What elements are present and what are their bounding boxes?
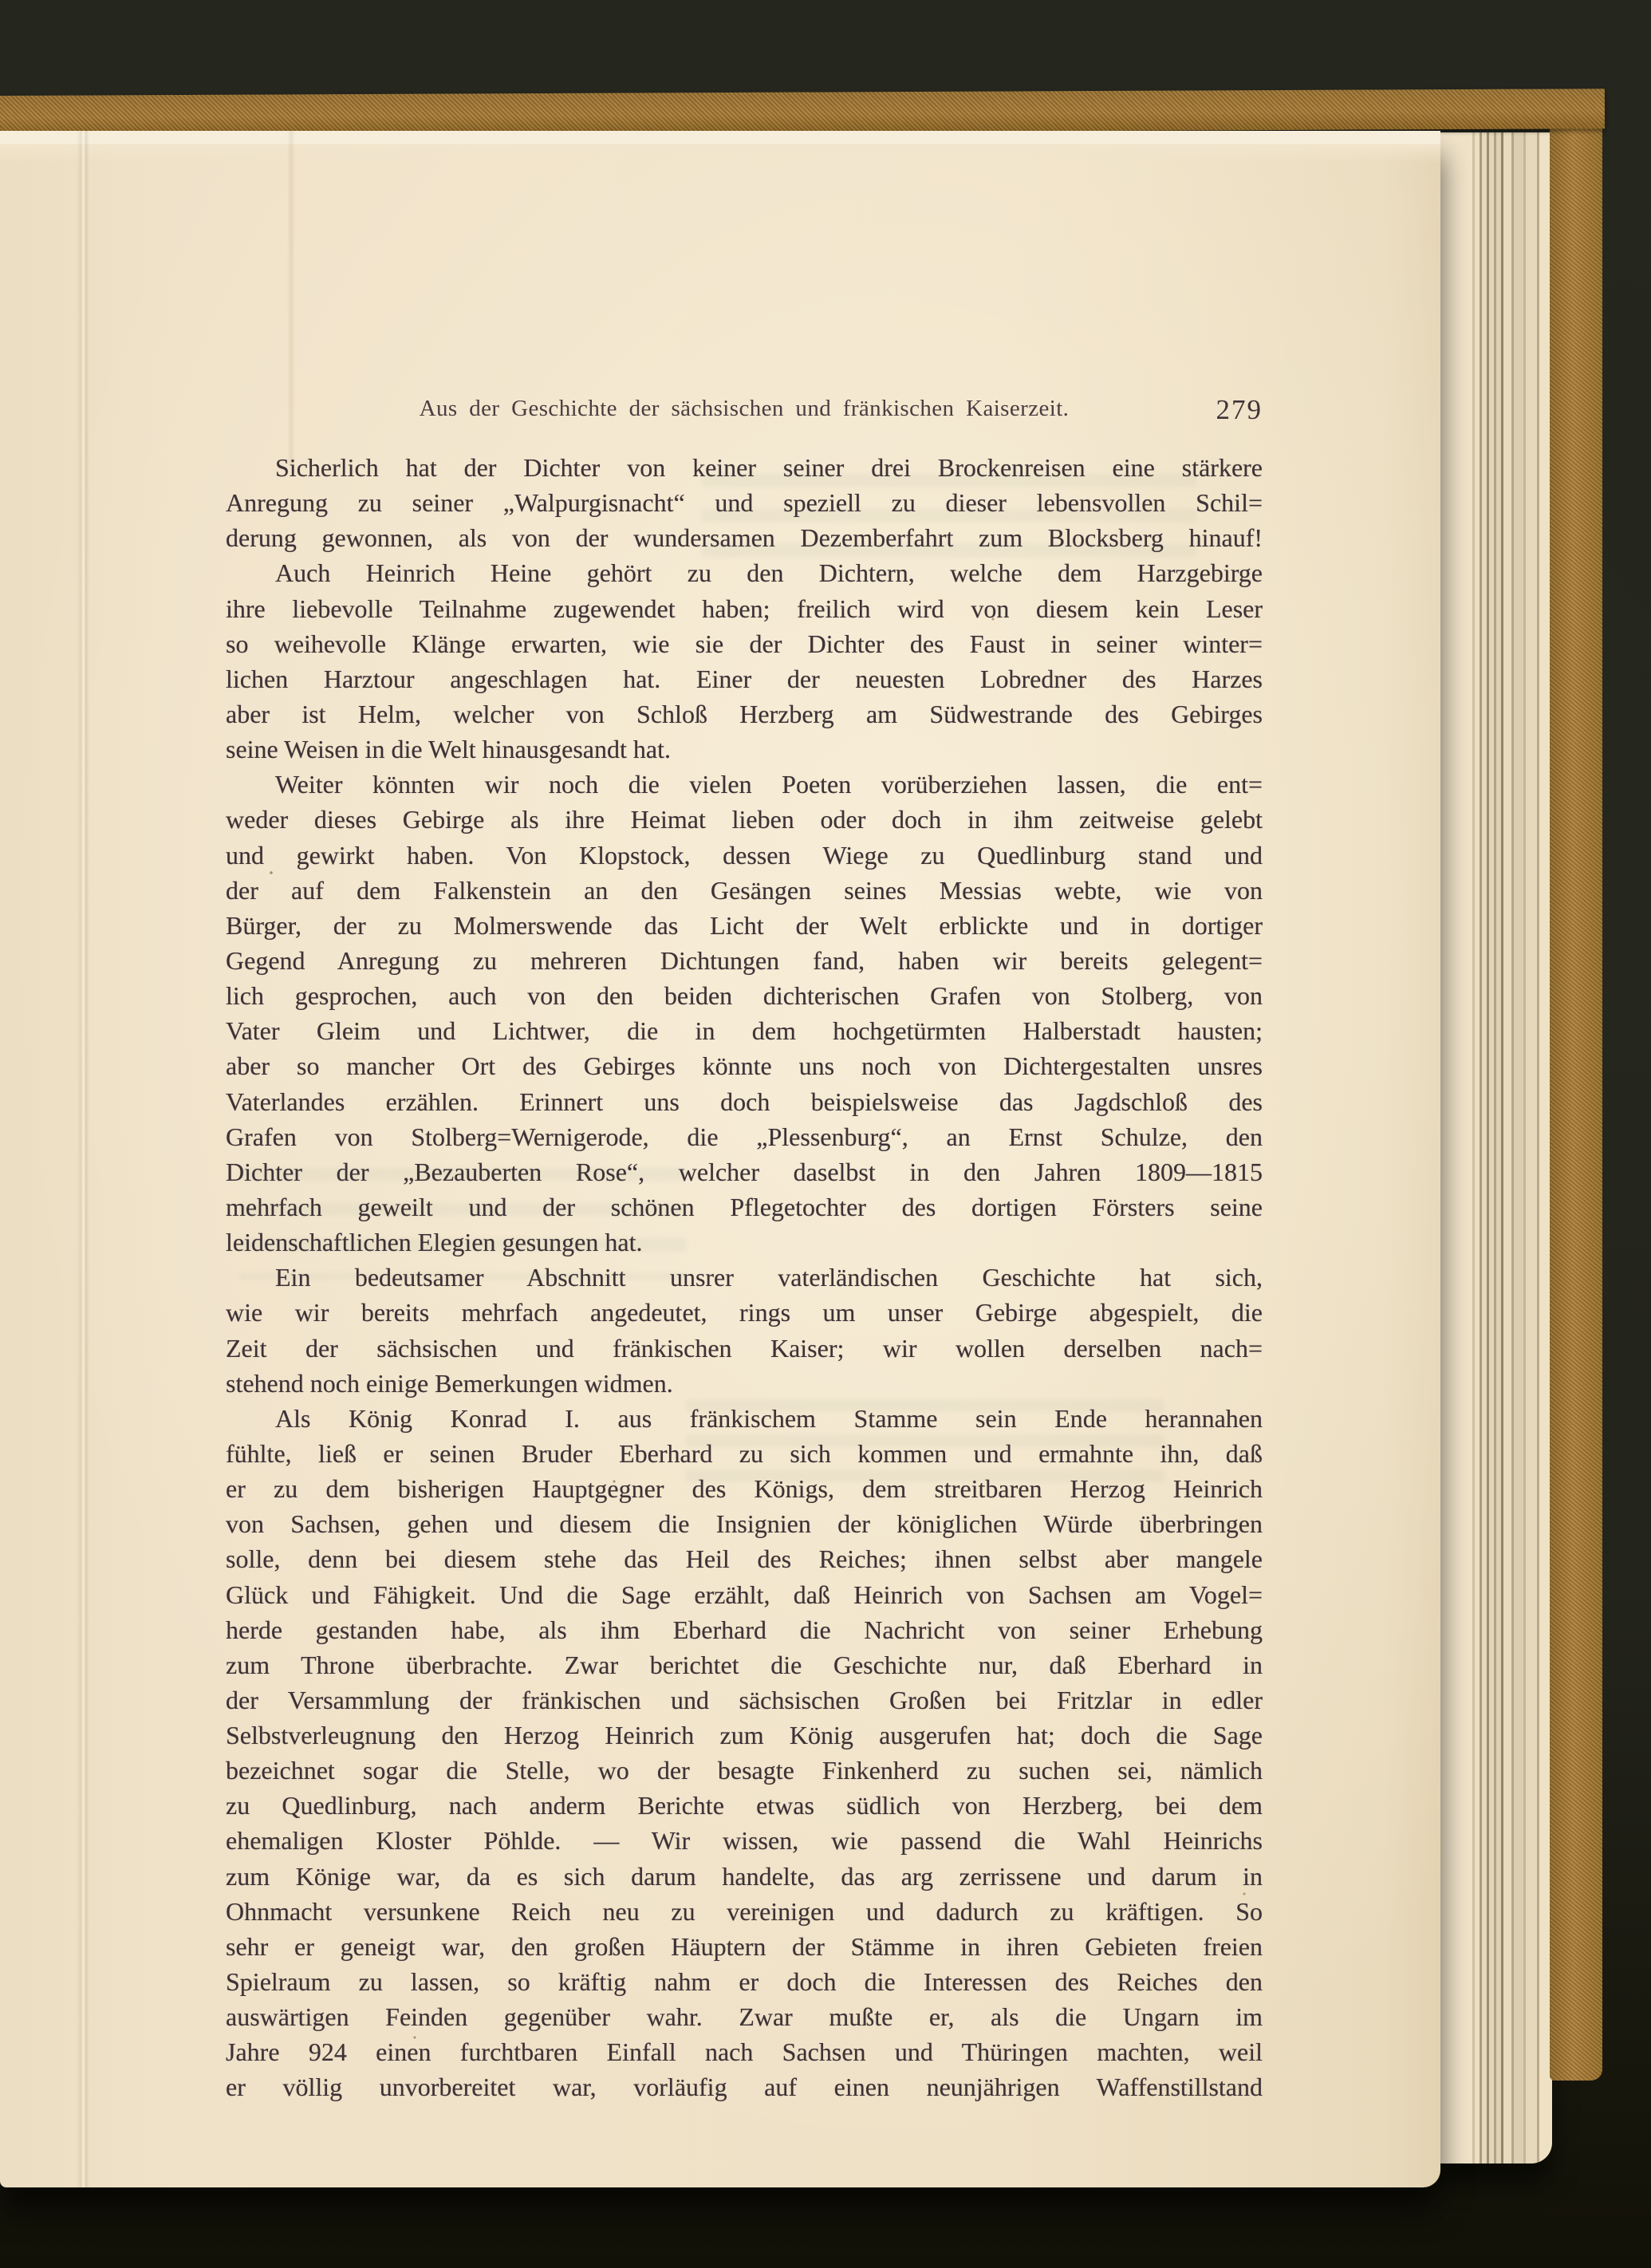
text-line: Spielraum zu lassen, so kräftig nahm er … <box>226 1964 1263 1999</box>
text-line: derung gewonnen, als von der wundersamen… <box>226 520 1263 555</box>
text-line: mehrfach geweilt und der schönen Pfleget… <box>226 1189 1263 1225</box>
text-line: Vater Gleim und Lichtwer, die in dem hoc… <box>226 1013 1263 1048</box>
text-line: leidenschaftlichen Elegien gesungen hat. <box>226 1225 1263 1260</box>
text-line: Als König Konrad I. aus fränkischem Stam… <box>226 1401 1263 1436</box>
text-line: er zu dem bisherigen Hauptgegner des Kön… <box>226 1471 1263 1506</box>
text-line: fühlte, ließ er seinen Bruder Eberhard z… <box>226 1436 1263 1471</box>
text-line: weder dieses Gebirge als ihre Heimat lie… <box>226 802 1263 837</box>
photo-backdrop: Aus der Geschichte der sächsischen und f… <box>0 0 1651 2268</box>
text-line: lich gesprochen, auch von den beiden dic… <box>226 978 1263 1013</box>
text-block: Sicherlich hat der Dichter von keiner se… <box>226 450 1263 2105</box>
book-cover-right-edge <box>1550 110 1602 2081</box>
text-line: zum Könige war, da es sich darum handelt… <box>226 1859 1263 1894</box>
book-page: Aus der Geschichte der sächsischen und f… <box>0 131 1440 2187</box>
text-line: und gewirkt haben. Von Klopstock, dessen… <box>226 838 1263 873</box>
text-line: zu Quedlinburg, nach anderm Berichte etw… <box>226 1788 1263 1823</box>
text-line: auswärtigen Feinden gegenüber wahr. Zwar… <box>226 1999 1263 2034</box>
text-line: Dichter der „Bezauberten Rose“, welcher … <box>226 1154 1263 1189</box>
text-line: ihre liebevolle Teilnahme zugewendet hab… <box>226 591 1263 626</box>
book-cover-top-edge <box>0 89 1605 136</box>
text-line: er völlig unvorbereitet war, vorläufig a… <box>226 2069 1263 2104</box>
gutter-crease <box>77 131 89 2187</box>
text-line: Ein bedeutsamer Abschnitt unsrer vaterlä… <box>226 1260 1263 1295</box>
text-line: Vaterlandes erzählen. Erinnert uns doch … <box>226 1084 1263 1119</box>
text-line: der auf dem Falkenstein an den Gesängen … <box>226 873 1263 908</box>
text-line: Weiter könnten wir noch die vielen Poete… <box>226 767 1263 802</box>
text-line: Zeit der sächsischen und fränkischen Kai… <box>226 1331 1263 1366</box>
text-line: herde gestanden habe, als ihm Eberhard d… <box>226 1612 1263 1647</box>
text-line: so weihevolle Klänge erwarten, wie sie d… <box>226 626 1263 661</box>
text-line: sehr er geneigt war, den großen Häuptern… <box>226 1929 1263 1964</box>
page-number: 279 <box>1023 394 1263 426</box>
text-line: Gegend Anregung zu mehreren Dichtungen f… <box>226 943 1263 978</box>
text-line: von Sachsen, gehen und diesem die Insign… <box>226 1506 1263 1541</box>
text-line: Anregung zu seiner „Walpurgisnacht“ und … <box>226 485 1263 520</box>
text-line: Selbstverleugnung den Herzog Heinrich zu… <box>226 1718 1263 1753</box>
text-line: wie wir bereits mehrfach angedeutet, rin… <box>226 1295 1263 1330</box>
text-line: Glück und Fähigkeit. Und die Sage erzähl… <box>226 1577 1263 1612</box>
text-line: Jahre 924 einen furchtbaren Einfall nach… <box>226 2034 1263 2069</box>
text-line: stehend noch einige Bemerkungen widmen. <box>226 1366 1263 1401</box>
text-line: Grafen von Stolberg=Wernigerode, die „Pl… <box>226 1119 1263 1154</box>
text-line: ehemaligen Kloster Pöhlde. — Wir wissen,… <box>226 1823 1263 1858</box>
text-line: lichen Harztour angeschlagen hat. Einer … <box>226 661 1263 696</box>
text-line: seine Weisen in die Welt hinausgesandt h… <box>226 732 1263 767</box>
text-line: zum Throne überbrachte. Zwar berichtet d… <box>226 1647 1263 1682</box>
text-line: Sicherlich hat der Dichter von keiner se… <box>226 450 1263 485</box>
page-stack-fore-edge <box>1434 132 1552 2163</box>
text-line: aber ist Helm, welcher von Schloß Herzbe… <box>226 696 1263 732</box>
text-line: solle, denn bei diesem stehe das Heil de… <box>226 1541 1263 1576</box>
text-line: bezeichnet sogar die Stelle, wo der besa… <box>226 1753 1263 1788</box>
text-line: Bürger, der zu Molmerswende das Licht de… <box>226 908 1263 943</box>
text-line: Ohnmacht versunkene Reich neu zu vereini… <box>226 1894 1263 1929</box>
text-line: Auch Heinrich Heine gehört zu den Dichte… <box>226 555 1263 590</box>
text-line: der Versammlung der fränkischen und säch… <box>226 1682 1263 1718</box>
text-line: aber so mancher Ort des Gebirges könnte … <box>226 1048 1263 1083</box>
